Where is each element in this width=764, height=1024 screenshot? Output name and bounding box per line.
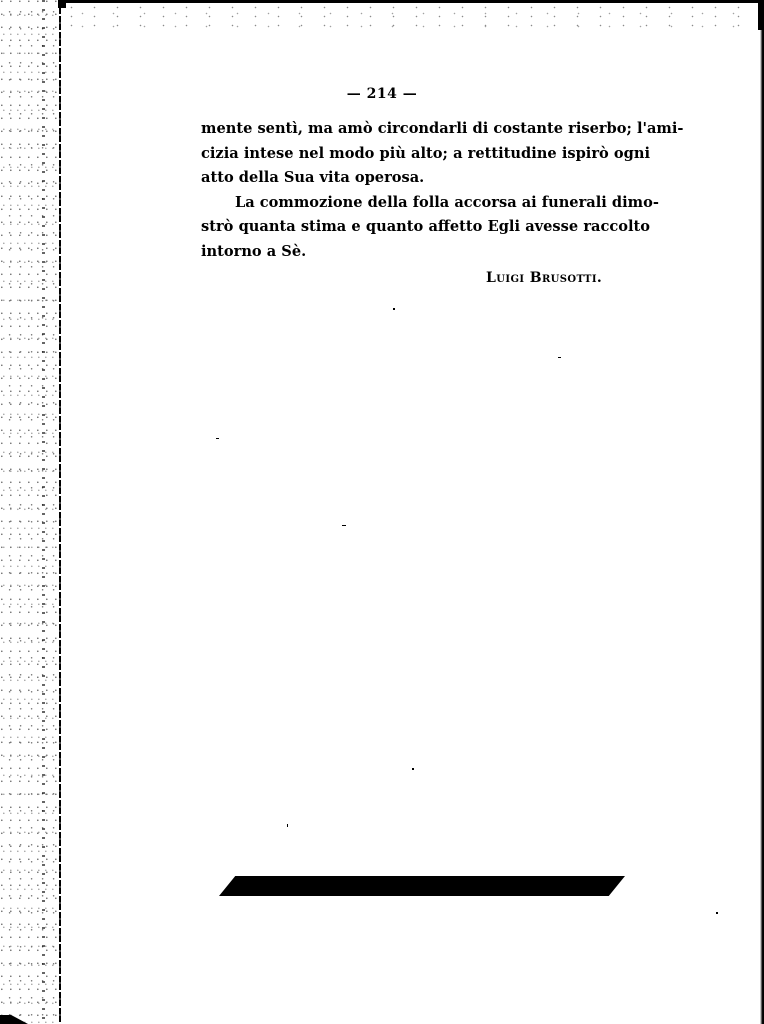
scan-speck bbox=[716, 912, 718, 914]
scan-binding-noise bbox=[0, 0, 58, 1024]
scan-speck bbox=[287, 824, 288, 827]
scan-speck bbox=[558, 357, 561, 358]
text-line: cizia intese nel modo più alto; a rettit… bbox=[201, 142, 650, 167]
body-text: mente sentì, ma amò circondarli di costa… bbox=[201, 117, 650, 264]
scan-top-noise bbox=[60, 3, 760, 29]
scan-speck bbox=[393, 308, 395, 310]
page-number: — 214 — bbox=[0, 86, 764, 102]
page-right-edge-top bbox=[758, 0, 764, 30]
author-signature: Luigi Brusotti. bbox=[486, 270, 602, 286]
text-line: La commozione della folla accorsa ai fun… bbox=[201, 191, 650, 216]
text-line: intorno a Sè. bbox=[201, 240, 650, 265]
text-line: strò quanta stima e quanto affetto Egli … bbox=[201, 215, 650, 240]
scan-binding-stitch bbox=[42, 0, 45, 1024]
decorative-end-rule bbox=[219, 876, 625, 896]
page-left-edge bbox=[59, 0, 61, 1024]
scan-speck bbox=[216, 438, 219, 439]
page-right-edge bbox=[760, 0, 764, 1024]
text-line: mente sentì, ma amò circondarli di costa… bbox=[201, 117, 650, 142]
text-line: atto della Sua vita operosa. bbox=[201, 166, 650, 191]
scan-speck bbox=[412, 768, 414, 770]
scan-speck bbox=[342, 525, 346, 526]
